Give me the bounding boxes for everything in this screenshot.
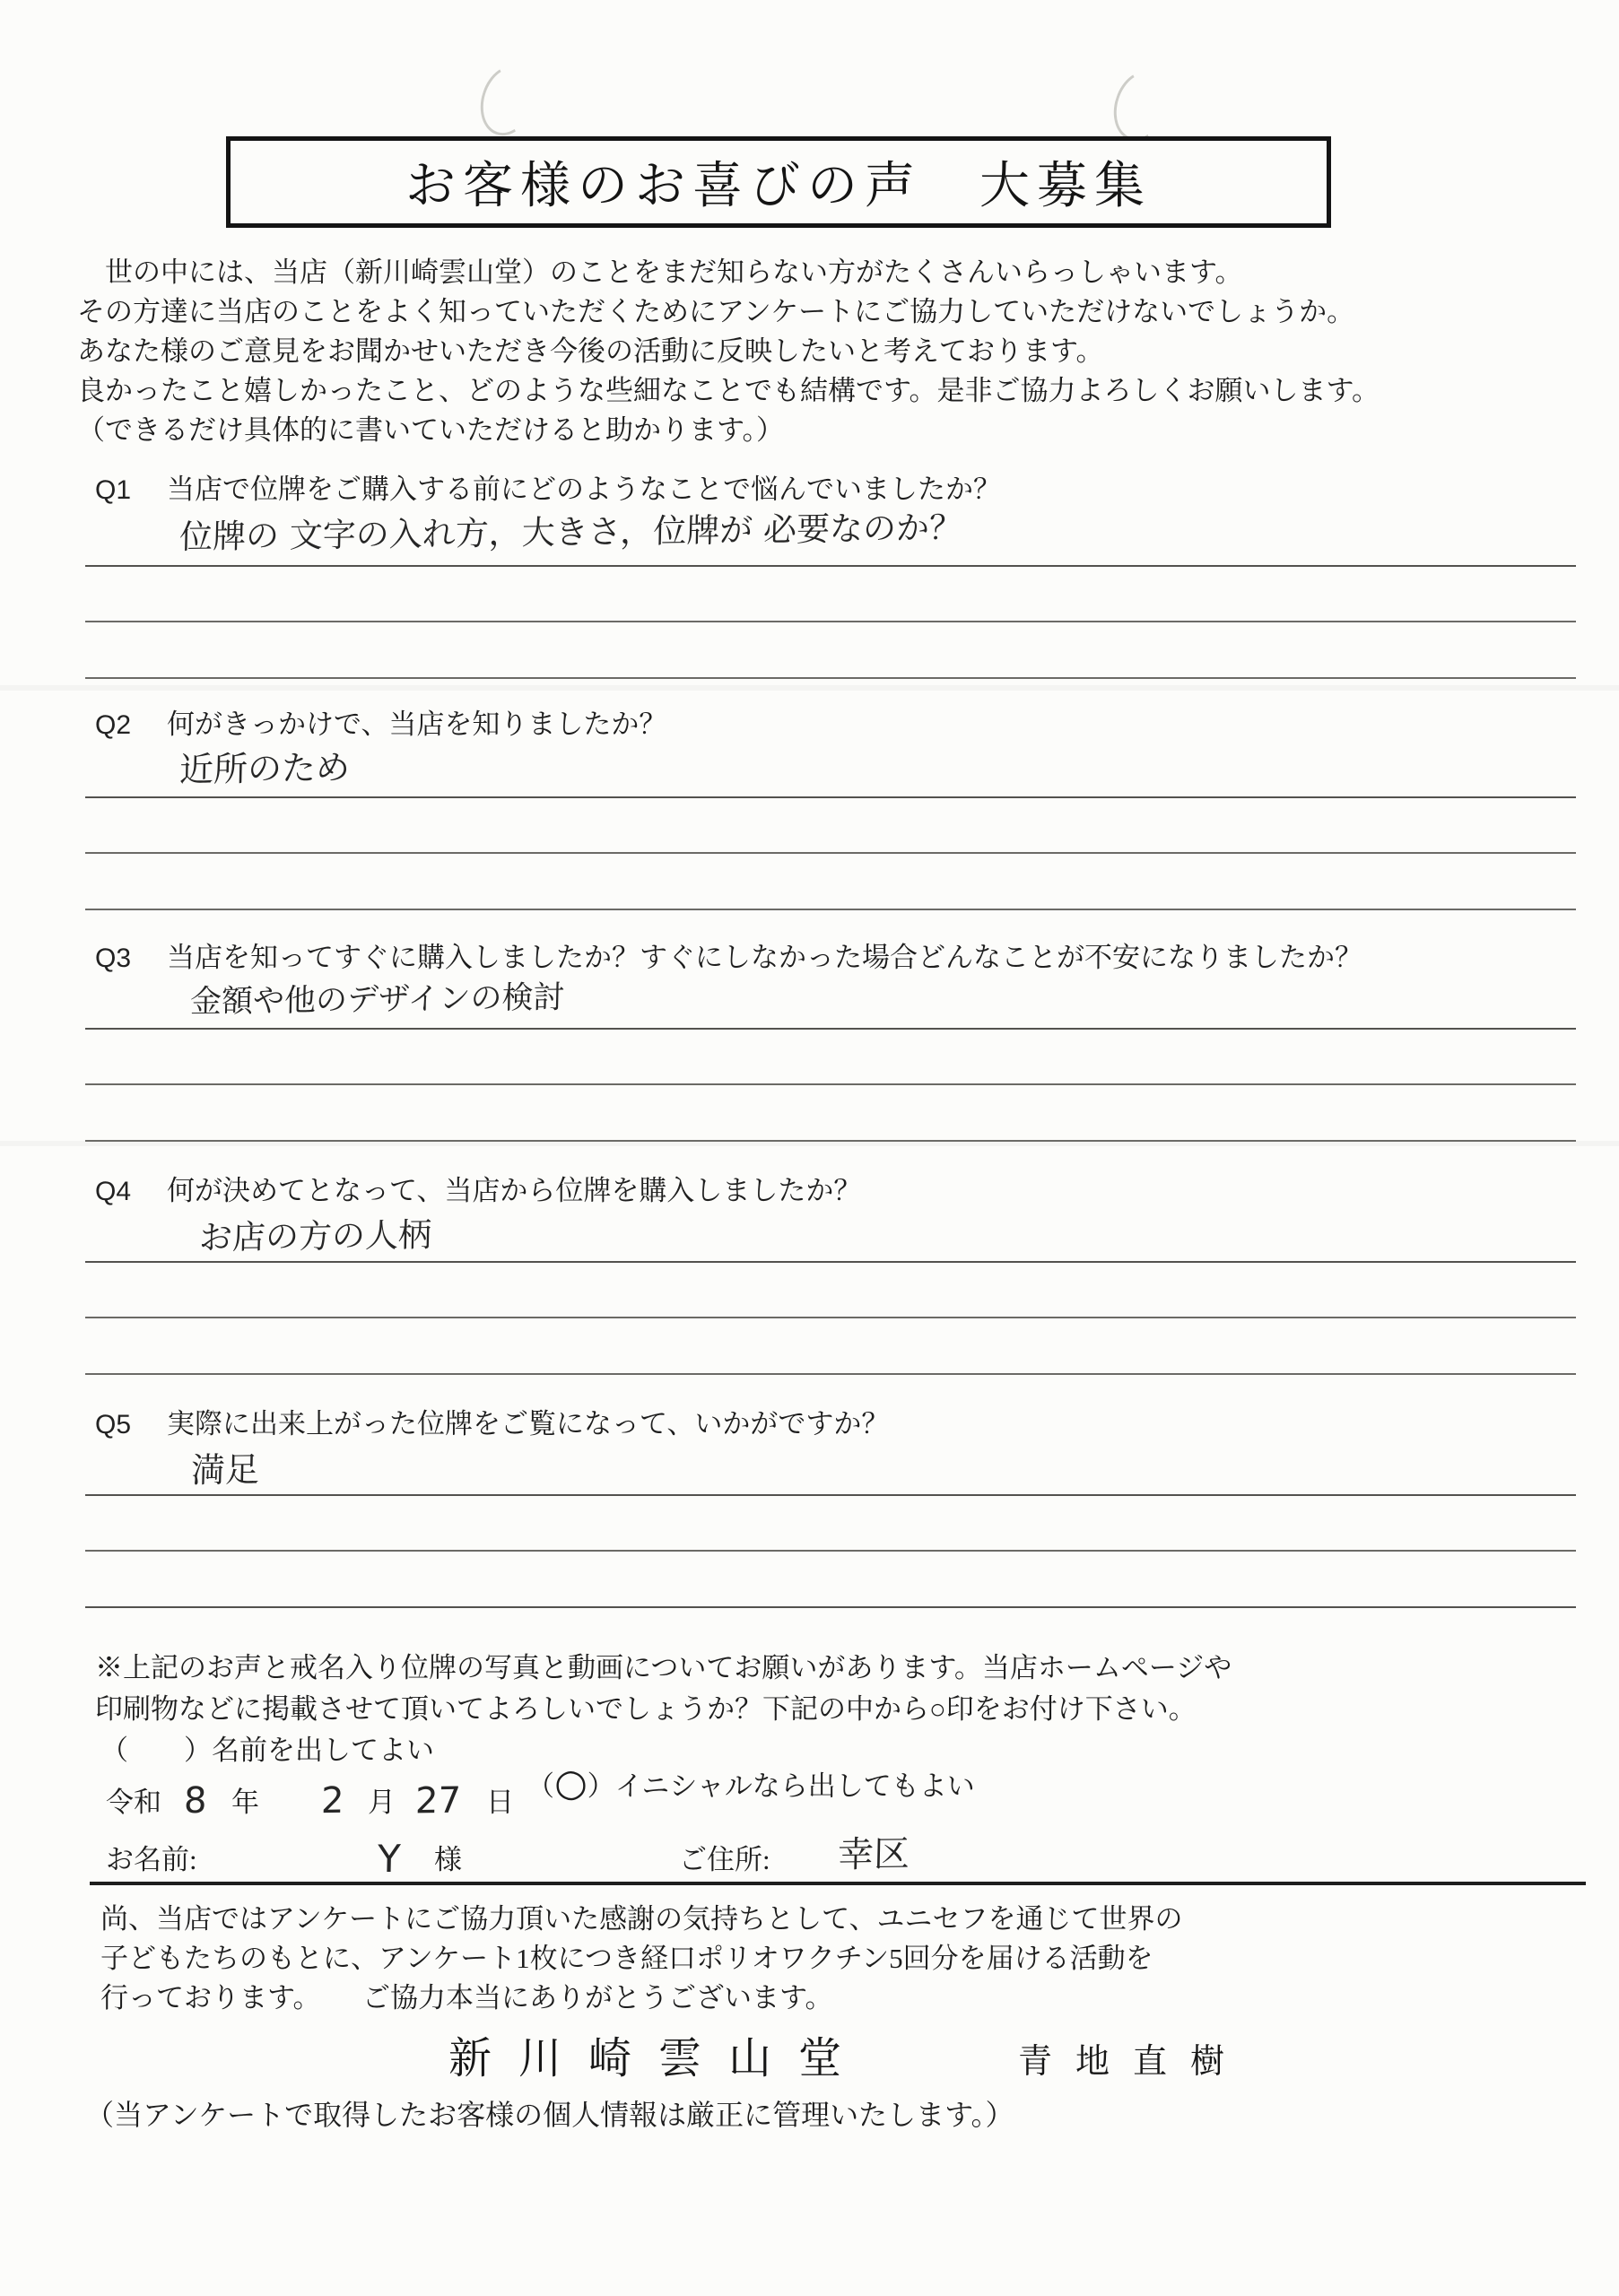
answer-line [85,1083,1576,1085]
question-text-q2: 何がきっかけで、当店を知りましたか？ [167,710,666,738]
signature-row-divider [90,1882,1586,1885]
question-text-q5: 実際に出来上がった位牌をご覧になって、いかがですか？ [167,1410,889,1438]
scan-artifact [0,685,1619,691]
handwritten-year: 8 [184,1783,207,1819]
answer-line [85,909,1576,910]
question-text-q1: 当店で位牌をご購入する前にどのようなことで悩んでいましたか？ [167,475,1001,503]
handwritten-answer-q1: 位牌の 文字の入れ方，大きさ，位牌が 必要なのか？ [179,511,963,554]
handwritten-answer-q3: 金額や他のデザインの検討 [190,982,565,1018]
answer-line [85,1373,1576,1375]
handwritten-circle-mark: ○ [553,1763,588,1803]
form-title-box: お客様のお喜びの声 大募集 [226,136,1331,228]
intro-line: 世の中には、当店（新川崎雲山堂）のことをまだ知らない方がたくさんいらっしゃいます… [77,258,1243,286]
paren-open: （ [527,1770,554,1802]
answer-line [85,1606,1576,1608]
paren-close-and-label: ）イニシャルなら出してもよい [588,1770,975,1802]
staff-name: 青地直樹 [1018,2045,1248,2079]
scanned-survey-form: お客様のお喜びの声 大募集 世の中には、当店（新川崎雲山堂）のことをまだ知らない… [0,0,1619,2296]
question-label-q1: Q1 [95,477,131,504]
name-honorific-label: 様 [434,1846,462,1874]
footer-line: 子どもたちのもとに、アンケート1枚につき経口ポリオワクチン5回分を届ける活動を [100,1944,1153,1972]
intro-line: 良かったこと嬉しかったこと、どのような些細なことでも結構です。是非ご協力よろしく… [77,377,1380,404]
handwritten-answer-q5: 満足 [191,1453,260,1488]
answer-line [85,621,1576,622]
punch-hole-mark-icon [1105,64,1177,148]
answer-line [85,1494,1576,1496]
question-text-q3: 当店を知ってすぐに購入しましたか？すぐにしなかった場合どんなことが不安になりまし… [167,944,1362,971]
answer-line [85,677,1576,679]
footer-line: 行っております。 ご協力本当にありがとうございます。 [100,1984,833,2012]
handwritten-address-value: 幸区 [838,1837,910,1874]
answer-line [85,796,1576,798]
question-label-q5: Q5 [95,1412,131,1439]
question-label-q3: Q3 [95,945,131,972]
intro-line: あなた様のご意見をお聞かせいただき今後の活動に反映したいと考えております。 [77,337,1104,365]
date-month-unit: 月 [368,1788,396,1816]
handwritten-day: 27 [415,1783,462,1820]
answer-line [85,565,1576,567]
permission-note-line: 印刷物などに掲載させて頂いてよろしいでしょうか？下記の中から○印をお付け下さい。 [95,1695,1197,1723]
address-field-label: ご住所: [679,1846,770,1874]
consent-option-name: （ ）名前を出してよい [100,1736,434,1764]
question-label-q2: Q2 [95,712,131,739]
answer-line [85,1140,1576,1142]
answer-line [85,1028,1576,1030]
consent-option-initial: （○）イニシャルなら出してもよい [499,1736,975,1830]
handwritten-month: 2 [321,1783,344,1819]
date-day-unit: 日 [486,1788,514,1816]
privacy-note: （当アンケートで取得したお客様の個人情報は厳正に管理いたします。） [85,2100,1014,2129]
handwritten-answer-q4: お店の方の人柄 [199,1218,432,1254]
answer-line [85,1317,1576,1318]
answer-line [85,1550,1576,1552]
answer-line [85,1261,1576,1263]
handwritten-answer-q2: 近所のため [179,751,351,787]
date-year-unit: 年 [231,1788,259,1816]
page-title: お客様のお喜びの声 大募集 [405,146,1152,218]
store-name: 新川崎雲山堂 [448,2038,868,2081]
punch-hole-mark-icon [472,58,544,143]
intro-line: （できるだけ具体的に書いていただけると助かります。） [77,416,784,444]
intro-line: その方達に当店のことをよく知っていただくためにアンケートにご協力していただけない… [77,298,1354,326]
handwritten-name-value: Y [378,1840,402,1878]
footer-line: 尚、当店ではアンケートにご協力頂いた感謝の気持ちとして、ユニセフを通じて世界の [100,1905,1183,1933]
permission-note-line: ※上記のお声と戒名入り位牌の写真と動画についてお願いがあります。当店ホームページ… [95,1654,1232,1682]
question-text-q4: 何が決めてとなって、当店から位牌を購入しましたか？ [167,1177,861,1205]
date-era-label: 令和 [106,1788,161,1816]
name-field-label: お名前: [106,1846,197,1874]
answer-line [85,852,1576,854]
question-label-q4: Q4 [95,1178,131,1205]
